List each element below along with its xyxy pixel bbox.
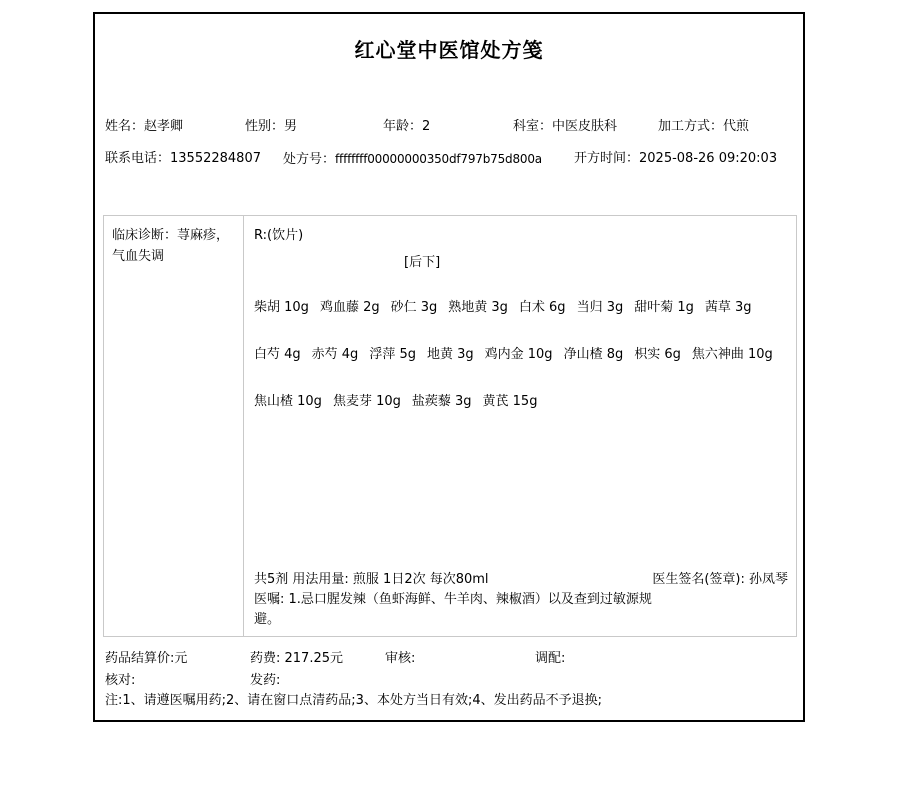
field-rx-number-value: ffffffff00000000350df797b75d800a: [335, 152, 542, 166]
field-processing-method-label: 加工方式：: [658, 119, 723, 134]
herb-item: 鸡血藤 2g: [320, 300, 380, 315]
field-phone: 联系电话：13552284807: [105, 150, 261, 168]
field-department: 科室：中医皮肤科: [513, 118, 617, 136]
herb-item: 净山楂 8g: [564, 347, 624, 362]
field-patient-name: 姓名：赵孝卿: [105, 118, 183, 136]
herb-item: 焦山楂 10g: [254, 394, 322, 409]
herb-item: 当归 3g: [577, 300, 624, 315]
doctor-signature: 医生签名(签章): 孙凤琴: [652, 570, 788, 590]
field-age-value: 2: [422, 119, 430, 134]
herb-line: 柴胡 10g鸡血藤 2g砂仁 3g熟地黄 3g白术 6g当归 3g甜叶菊 1g茜…: [254, 298, 786, 318]
field-rx-number-label: 处方号：: [283, 152, 335, 167]
field-patient-name-value: 赵孝卿: [144, 119, 183, 134]
usage-and-advice: 共5剂 用法用量: 煎服 1日2次 每次80ml 医嘱: 1.忌口腥发辣（鱼虾海…: [254, 570, 652, 630]
herb-item: 浮萍 5g: [369, 347, 416, 362]
check-field: 核对:: [105, 672, 135, 690]
field-department-value: 中医皮肤科: [552, 119, 617, 134]
herb-line: 白芍 4g赤芍 4g浮萍 5g地黄 3g鸡内金 10g净山楂 8g枳实 6g焦六…: [254, 345, 786, 365]
doctor-advice: 医嘱: 1.忌口腥发辣（鱼虾海鲜、牛羊肉、辣椒酒）以及查到过敏源规避。: [254, 590, 652, 630]
dispense-field: 发药:: [250, 672, 280, 690]
field-age-label: 年龄：: [383, 119, 422, 134]
field-issue-time-label: 开方时间：: [574, 151, 639, 166]
herb-item: 熟地黄 3g: [448, 300, 508, 315]
field-gender-value: 男: [284, 119, 297, 134]
herb-lines: 柴胡 10g鸡血藤 2g砂仁 3g熟地黄 3g白术 6g当归 3g甜叶菊 1g茜…: [254, 298, 786, 412]
rx-header: R:(饮片): [254, 228, 786, 244]
herb-item: 茜草 3g: [705, 300, 752, 315]
herb-item: 白芍 4g: [254, 347, 301, 362]
field-gender-label: 性别：: [245, 119, 284, 134]
herb-item: 柴胡 10g: [254, 300, 309, 315]
herb-item: 地黄 3g: [427, 347, 474, 362]
herb-item: 白术 6g: [519, 300, 566, 315]
field-gender: 性别：男: [245, 118, 297, 136]
field-processing-method-value: 代煎: [723, 119, 749, 134]
herb-line: 焦山楂 10g焦麦芽 10g盐蒺藜 3g黄芪 15g: [254, 392, 786, 412]
usage-line: 共5剂 用法用量: 煎服 1日2次 每次80ml: [254, 570, 652, 590]
audit-field: 审核:: [385, 650, 415, 668]
field-age: 年龄：2: [383, 118, 430, 136]
settlement-price: 药品结算价:元: [105, 650, 187, 668]
herb-item: 焦六神曲 10g: [692, 347, 773, 362]
herb-item: 盐蒺藜 3g: [412, 394, 472, 409]
field-phone-label: 联系电话：: [105, 151, 170, 166]
herb-item: 赤芍 4g: [312, 347, 359, 362]
rx-content: R:(饮片) [后下] 柴胡 10g鸡血藤 2g砂仁 3g熟地黄 3g白术 6g…: [244, 216, 796, 636]
footer-note: 注:1、请遵医嘱用药;2、请在窗口点清药品;3、本处方当日有效;4、发出药品不予…: [105, 692, 602, 710]
medicine-fee: 药费: 217.25元: [250, 650, 343, 668]
herb-item: 黄芪 15g: [483, 394, 538, 409]
herb-item: 焦麦芽 10g: [333, 394, 401, 409]
field-patient-name-label: 姓名：: [105, 119, 144, 134]
field-phone-value: 13552284807: [170, 151, 261, 166]
clinical-diagnosis: 临床诊断：荨麻疹，气血失调: [104, 216, 244, 636]
field-processing-method: 加工方式：代煎: [658, 118, 749, 136]
herb-item: 枳实 6g: [634, 347, 681, 362]
field-rx-number: 处方号：ffffffff00000000350df797b75d800a: [283, 150, 542, 169]
field-department-label: 科室：: [513, 119, 552, 134]
compound-field: 调配:: [535, 650, 565, 668]
page-title: 红心堂中医馆处方笺: [95, 34, 803, 63]
prescription-box: 临床诊断：荨麻疹，气血失调 R:(饮片) [后下] 柴胡 10g鸡血藤 2g砂仁…: [103, 215, 797, 637]
herb-item: 鸡内金 10g: [485, 347, 553, 362]
herb-item: 甜叶菊 1g: [634, 300, 694, 315]
rx-bottom-block: 共5剂 用法用量: 煎服 1日2次 每次80ml 医嘱: 1.忌口腥发辣（鱼虾海…: [254, 570, 788, 630]
prescription-sheet: 红心堂中医馆处方笺 姓名：赵孝卿 性别：男 年龄：2 科室：中医皮肤科 加工方式…: [93, 12, 805, 722]
field-issue-time: 开方时间：2025-08-26 09:20:03: [574, 150, 777, 168]
herb-item: 砂仁 3g: [391, 300, 438, 315]
field-issue-time-value: 2025-08-26 09:20:03: [639, 151, 777, 166]
clinical-diagnosis-label: 临床诊断：: [112, 228, 177, 243]
decoction-note: [后下]: [254, 255, 786, 271]
